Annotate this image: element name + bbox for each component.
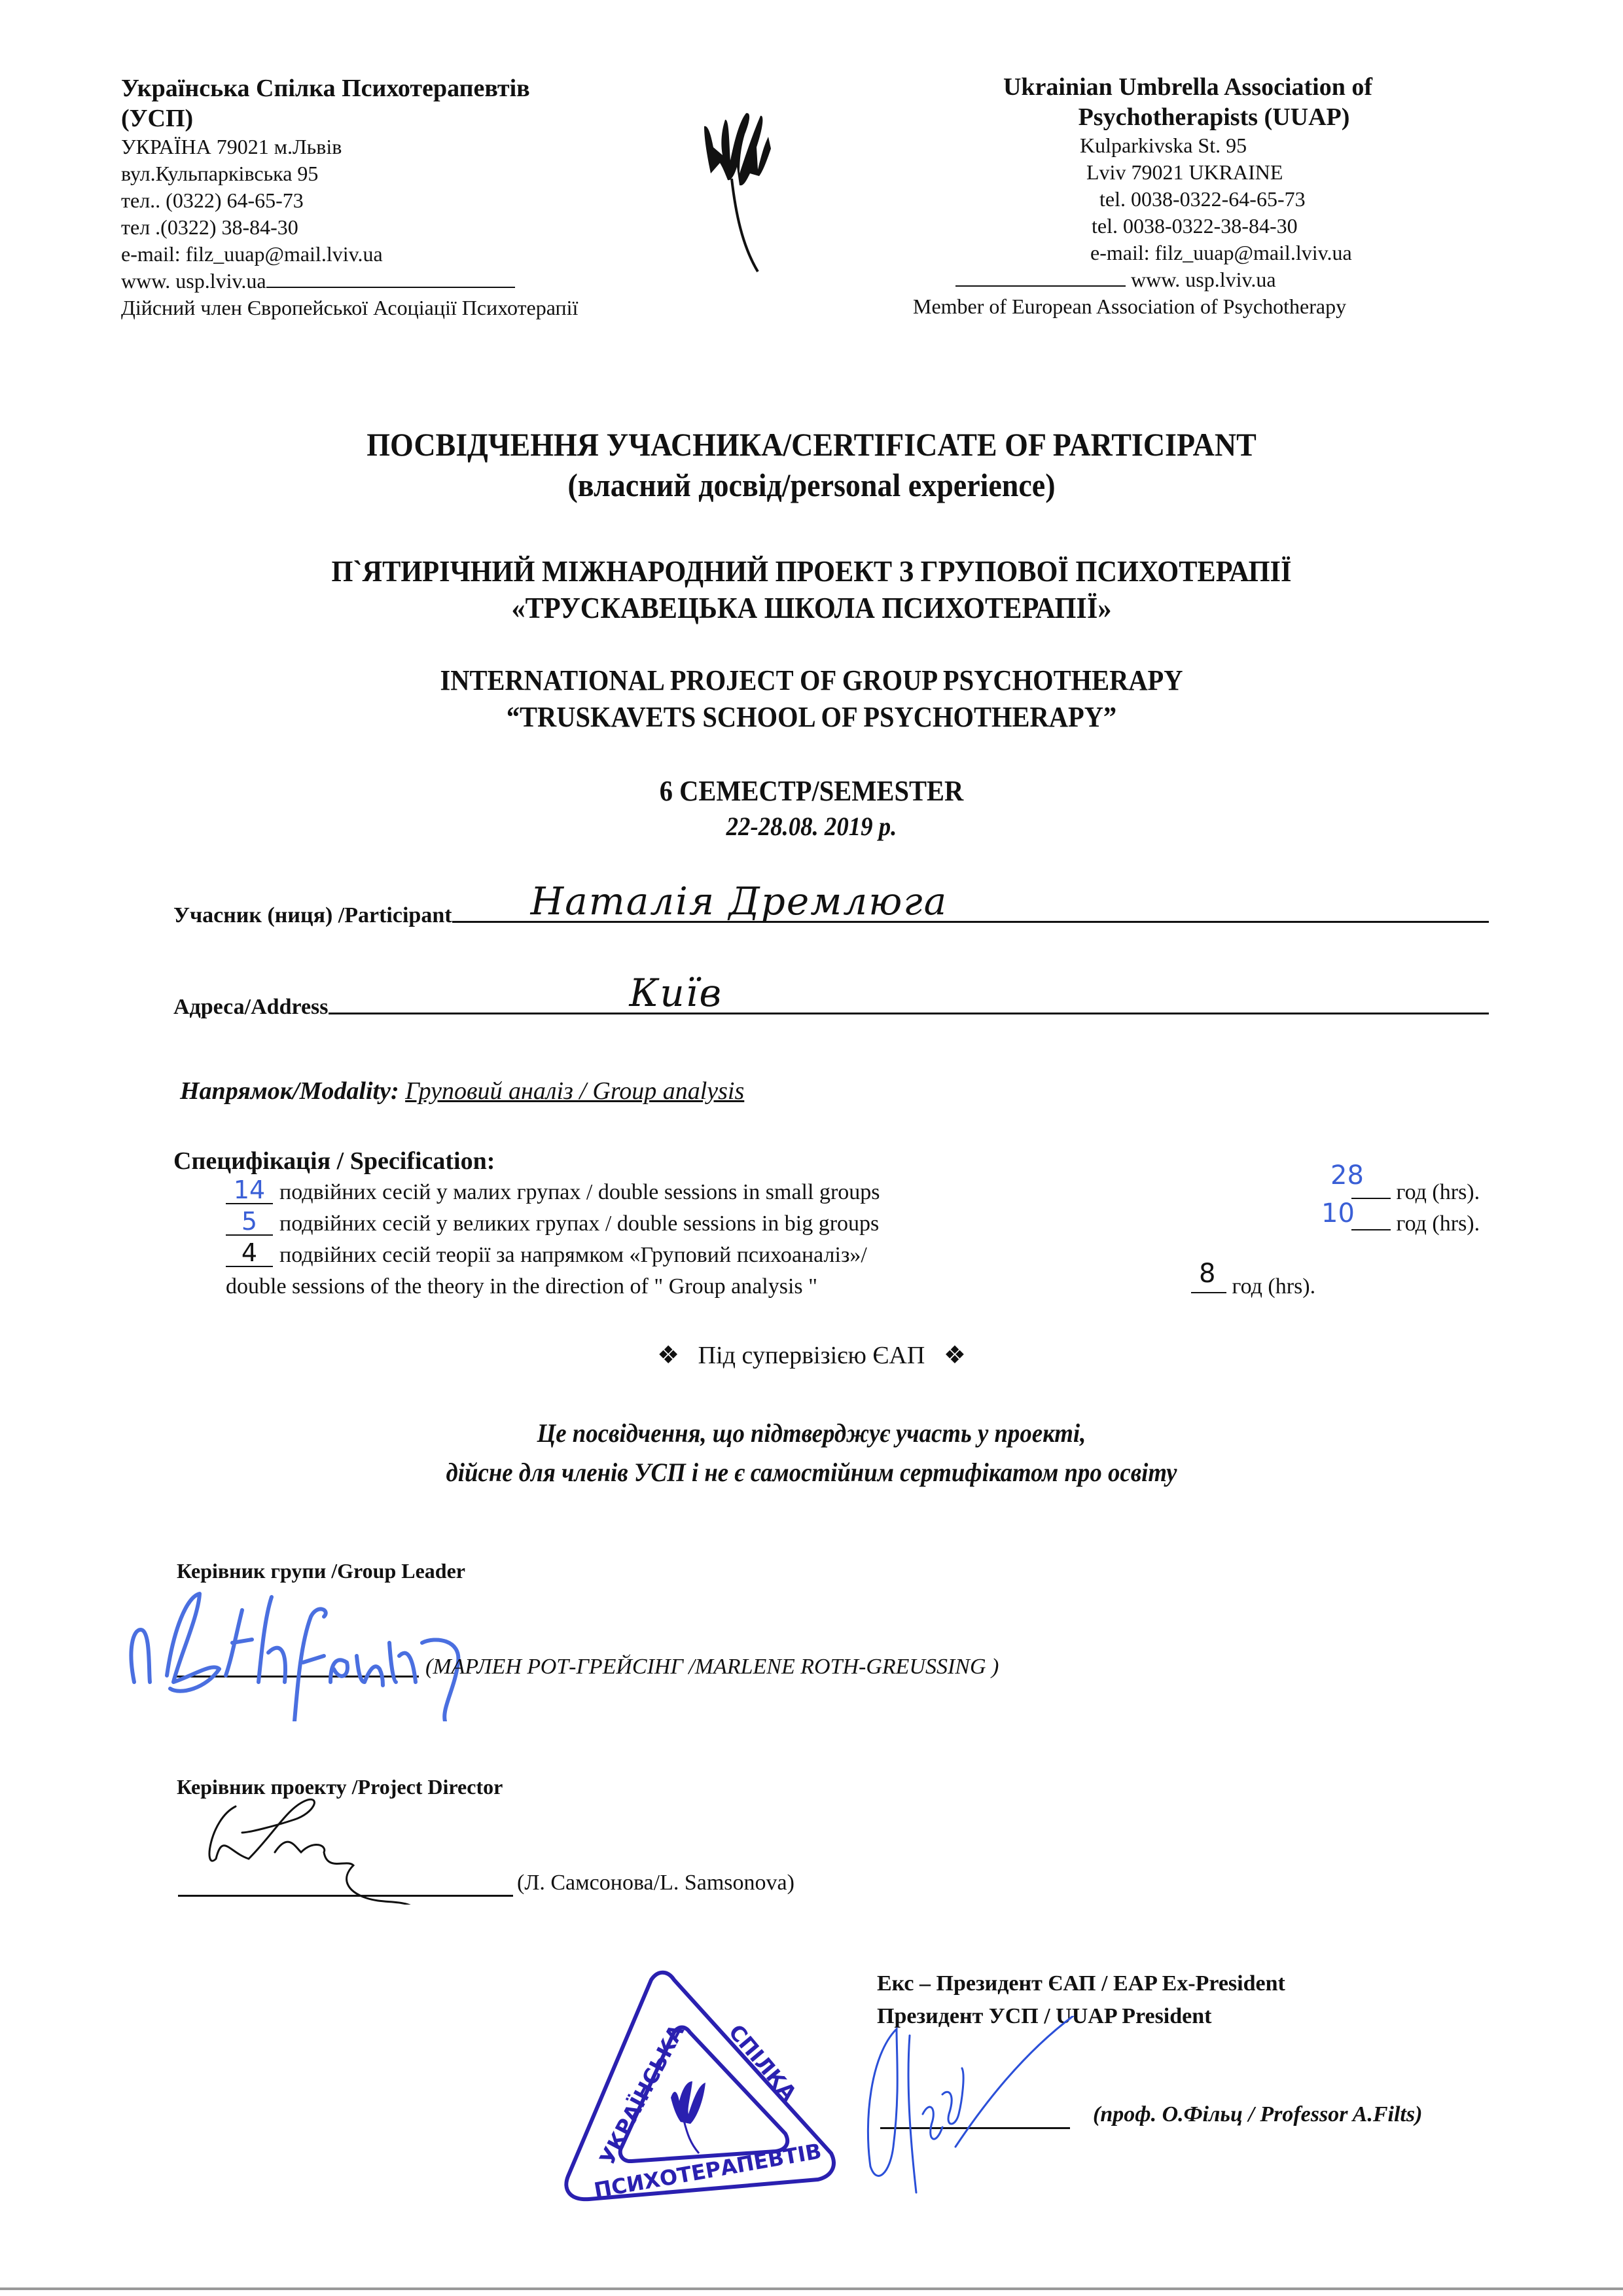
spec-hours-theory: 8 год (hrs). [1191,1271,1315,1302]
phone-ua-1: тел.. (0322) 64-65-73 [121,187,658,214]
uuap-logo-icon [694,108,838,278]
ornament-icon: ❖ [657,1342,679,1369]
disclaimer-line-1: Це посвідчення, що підтверджує участь у … [65,1414,1558,1453]
email-en: e-mail: filz_uuap@mail.lviv.ua [897,240,1407,266]
address-ua-1: УКРАЇНА 79021 м.Львів [121,134,658,160]
project-title-ua: П`ЯТИРІЧНИЙ МІЖНАРОДНИЙ ПРОЕКТ З ГРУПОВО… [65,553,1558,626]
spec-hours-theory-value: 8 [1199,1258,1215,1289]
group-leader-name: (МАРЛЕН РОТ-ГРЕЙСІНГ /MARLENE ROTH-GREUS… [425,1655,999,1679]
supervision-line: ❖ Під супервізією ЄАП ❖ [0,1340,1623,1370]
address-field: Адреса/Address Київ [173,995,1489,1020]
spec-count-big: 5 [226,1208,273,1236]
hours-unit: год (hrs). [1397,1180,1480,1204]
specification-block: Специфікація / Specification: 14 подвійн… [173,1145,1417,1302]
hours-unit: год (hrs). [1232,1274,1316,1299]
phone-en-2: tel. 0038-0322-38-84-30 [897,213,1407,240]
semester-dates: 22-28.08. 2019 р. [65,809,1558,844]
project-director-name: (Л. Самсонова/L. Samsonova) [517,1871,794,1895]
disclaimer-line-2: дійсне для членів УСП і не є самостійним… [65,1453,1558,1492]
address-en-1: Kulparkivska St. 95 [897,132,1407,159]
participant-label: Учасник (ниця) /Participant [173,903,452,928]
membership-en: Member of European Association of Psycho… [897,293,1407,320]
organization-stamp: УКРАЇНСЬКА СПІЛКА ПСИХОТЕРАПЕВТІВ [550,1957,851,2206]
title-line-2: (власний досвід/personal experience) [65,465,1558,505]
address-en-2: Lviv 79021 UKRAINE [897,159,1407,186]
project-director-signature [196,1793,524,1905]
project-ua-line-2: «ТРУСКАВЕЦЬКА ШКОЛА ПСИХОТЕРАПІЇ» [65,590,1558,626]
hours-unit: год (hrs). [1397,1211,1480,1236]
underline [955,285,1126,287]
participant-value: Наталія Дремлюга [531,879,948,924]
disclaimer: Це посвідчення, що підтверджує участь у … [65,1414,1558,1492]
membership-ua: Дійсний член Європейської Асоціації Псих… [121,295,658,321]
participant-field: Учасник (ниця) /Participant Наталія Дрем… [173,903,1489,928]
org-abbr-ua: (УСП) [121,103,658,134]
spec-hours-small-value: 28 [1330,1160,1364,1191]
project-en-line-2: “TRUSKAVETS SCHOOL OF PSYCHOTHERAPY” [65,699,1558,736]
spec-count-small: 14 [226,1177,273,1204]
org-name-en: Ukrainian Umbrella Association of [897,72,1407,102]
scan-edge [0,2287,1623,2290]
semester-label: 6 СЕМЕСТР/SEMESTER [65,774,1558,809]
stamp-text-right: СПІЛКА [724,2020,802,2106]
header-left-block: Українська Спілка Психотерапевтів (УСП) … [121,73,658,321]
spec-text-theory-2: double sessions of the theory in the dir… [226,1274,817,1299]
website-en-row: www. usp.lviv.ua [897,266,1407,293]
group-leader-label: Керівник групи /Group Leader [177,1559,465,1583]
modality-value: Груповий аналіз / Group analysis [405,1077,744,1105]
spec-row-small-groups: 14 подвійних сесій у малих групах / doub… [173,1177,1417,1208]
address-label: Адреса/Address [173,995,329,1020]
supervision-text: Під супервізією ЄАП [698,1342,925,1369]
spec-text-theory: подвійних сесій теорії за напрямком «Гру… [279,1243,867,1267]
spec-hours-small: 28 год (hrs). [1351,1177,1480,1208]
spec-row-theory-cont: double sessions of the theory in the dir… [173,1271,1417,1302]
website-ua: www. usp.lviv.ua [121,269,266,293]
org-name-ua: Українська Спілка Психотерапевтів [121,73,658,103]
group-leader-signature [121,1590,474,1721]
semester-block: 6 СЕМЕСТР/SEMESTER 22-28.08. 2019 р. [65,774,1558,844]
project-ua-line-1: П`ЯТИРІЧНИЙ МІЖНАРОДНИЙ ПРОЕКТ З ГРУПОВО… [65,553,1558,590]
project-en-line-1: INTERNATIONAL PROJECT OF GROUP PSYCHOTHE… [65,662,1558,699]
spec-text-small: подвійних сесій у малих групах / double … [279,1180,880,1204]
header-right-block: Ukrainian Umbrella Association of Psycho… [897,72,1407,320]
president-title-1: Екс – Президент ЄАП / EAP Ex-President [877,1971,1285,1996]
spec-hours-big-value: 10 [1321,1198,1355,1229]
title-line-1: ПОСВІДЧЕННЯ УЧАСНИКА/CERTIFICATE OF PART… [65,424,1558,465]
org-abbr-en: Psychotherapists (UUAP) [897,102,1407,132]
website-ua-row: www. usp.lviv.ua [121,268,658,295]
address-value: Київ [630,971,723,1015]
email-ua: e-mail: filz_uuap@mail.lviv.ua [121,241,658,268]
ornament-icon: ❖ [944,1342,966,1369]
modality-field: Напрямок/Modality: Груповий аналіз / Gro… [180,1077,744,1105]
project-title-en: INTERNATIONAL PROJECT OF GROUP PSYCHOTHE… [65,662,1558,736]
address-line: Київ [329,1007,1489,1014]
spec-hours-big: 10 год (hrs). [1351,1208,1480,1240]
website-en: www. usp.lviv.ua [1131,268,1276,291]
participant-line: Наталія Дремлюга [452,916,1489,923]
president-name: (проф. О.Фільц / Professor A.Filts) [1093,2102,1422,2127]
phone-en-1: tel. 0038-0322-64-65-73 [897,186,1407,213]
spec-row-theory: 4 подвійних сесій теорії за напрямком «Г… [173,1240,1417,1271]
spec-row-big-groups: 5 подвійних сесій у великих групах / dou… [173,1208,1417,1240]
modality-label: Напрямок/Modality: [180,1077,399,1105]
spec-count-theory: 4 [226,1240,273,1267]
specification-heading: Специфікація / Specification: [173,1145,1417,1177]
spec-text-big: подвійних сесій у великих групах / doubl… [279,1211,879,1236]
certificate-title: ПОСВІДЧЕННЯ УЧАСНИКА/CERTIFICATE OF PART… [65,424,1558,505]
address-ua-2: вул.Кульпарківська 95 [121,160,658,187]
president-signature [851,2016,1086,2199]
underline [266,287,515,288]
phone-ua-2: тел .(0322) 38-84-30 [121,214,658,241]
